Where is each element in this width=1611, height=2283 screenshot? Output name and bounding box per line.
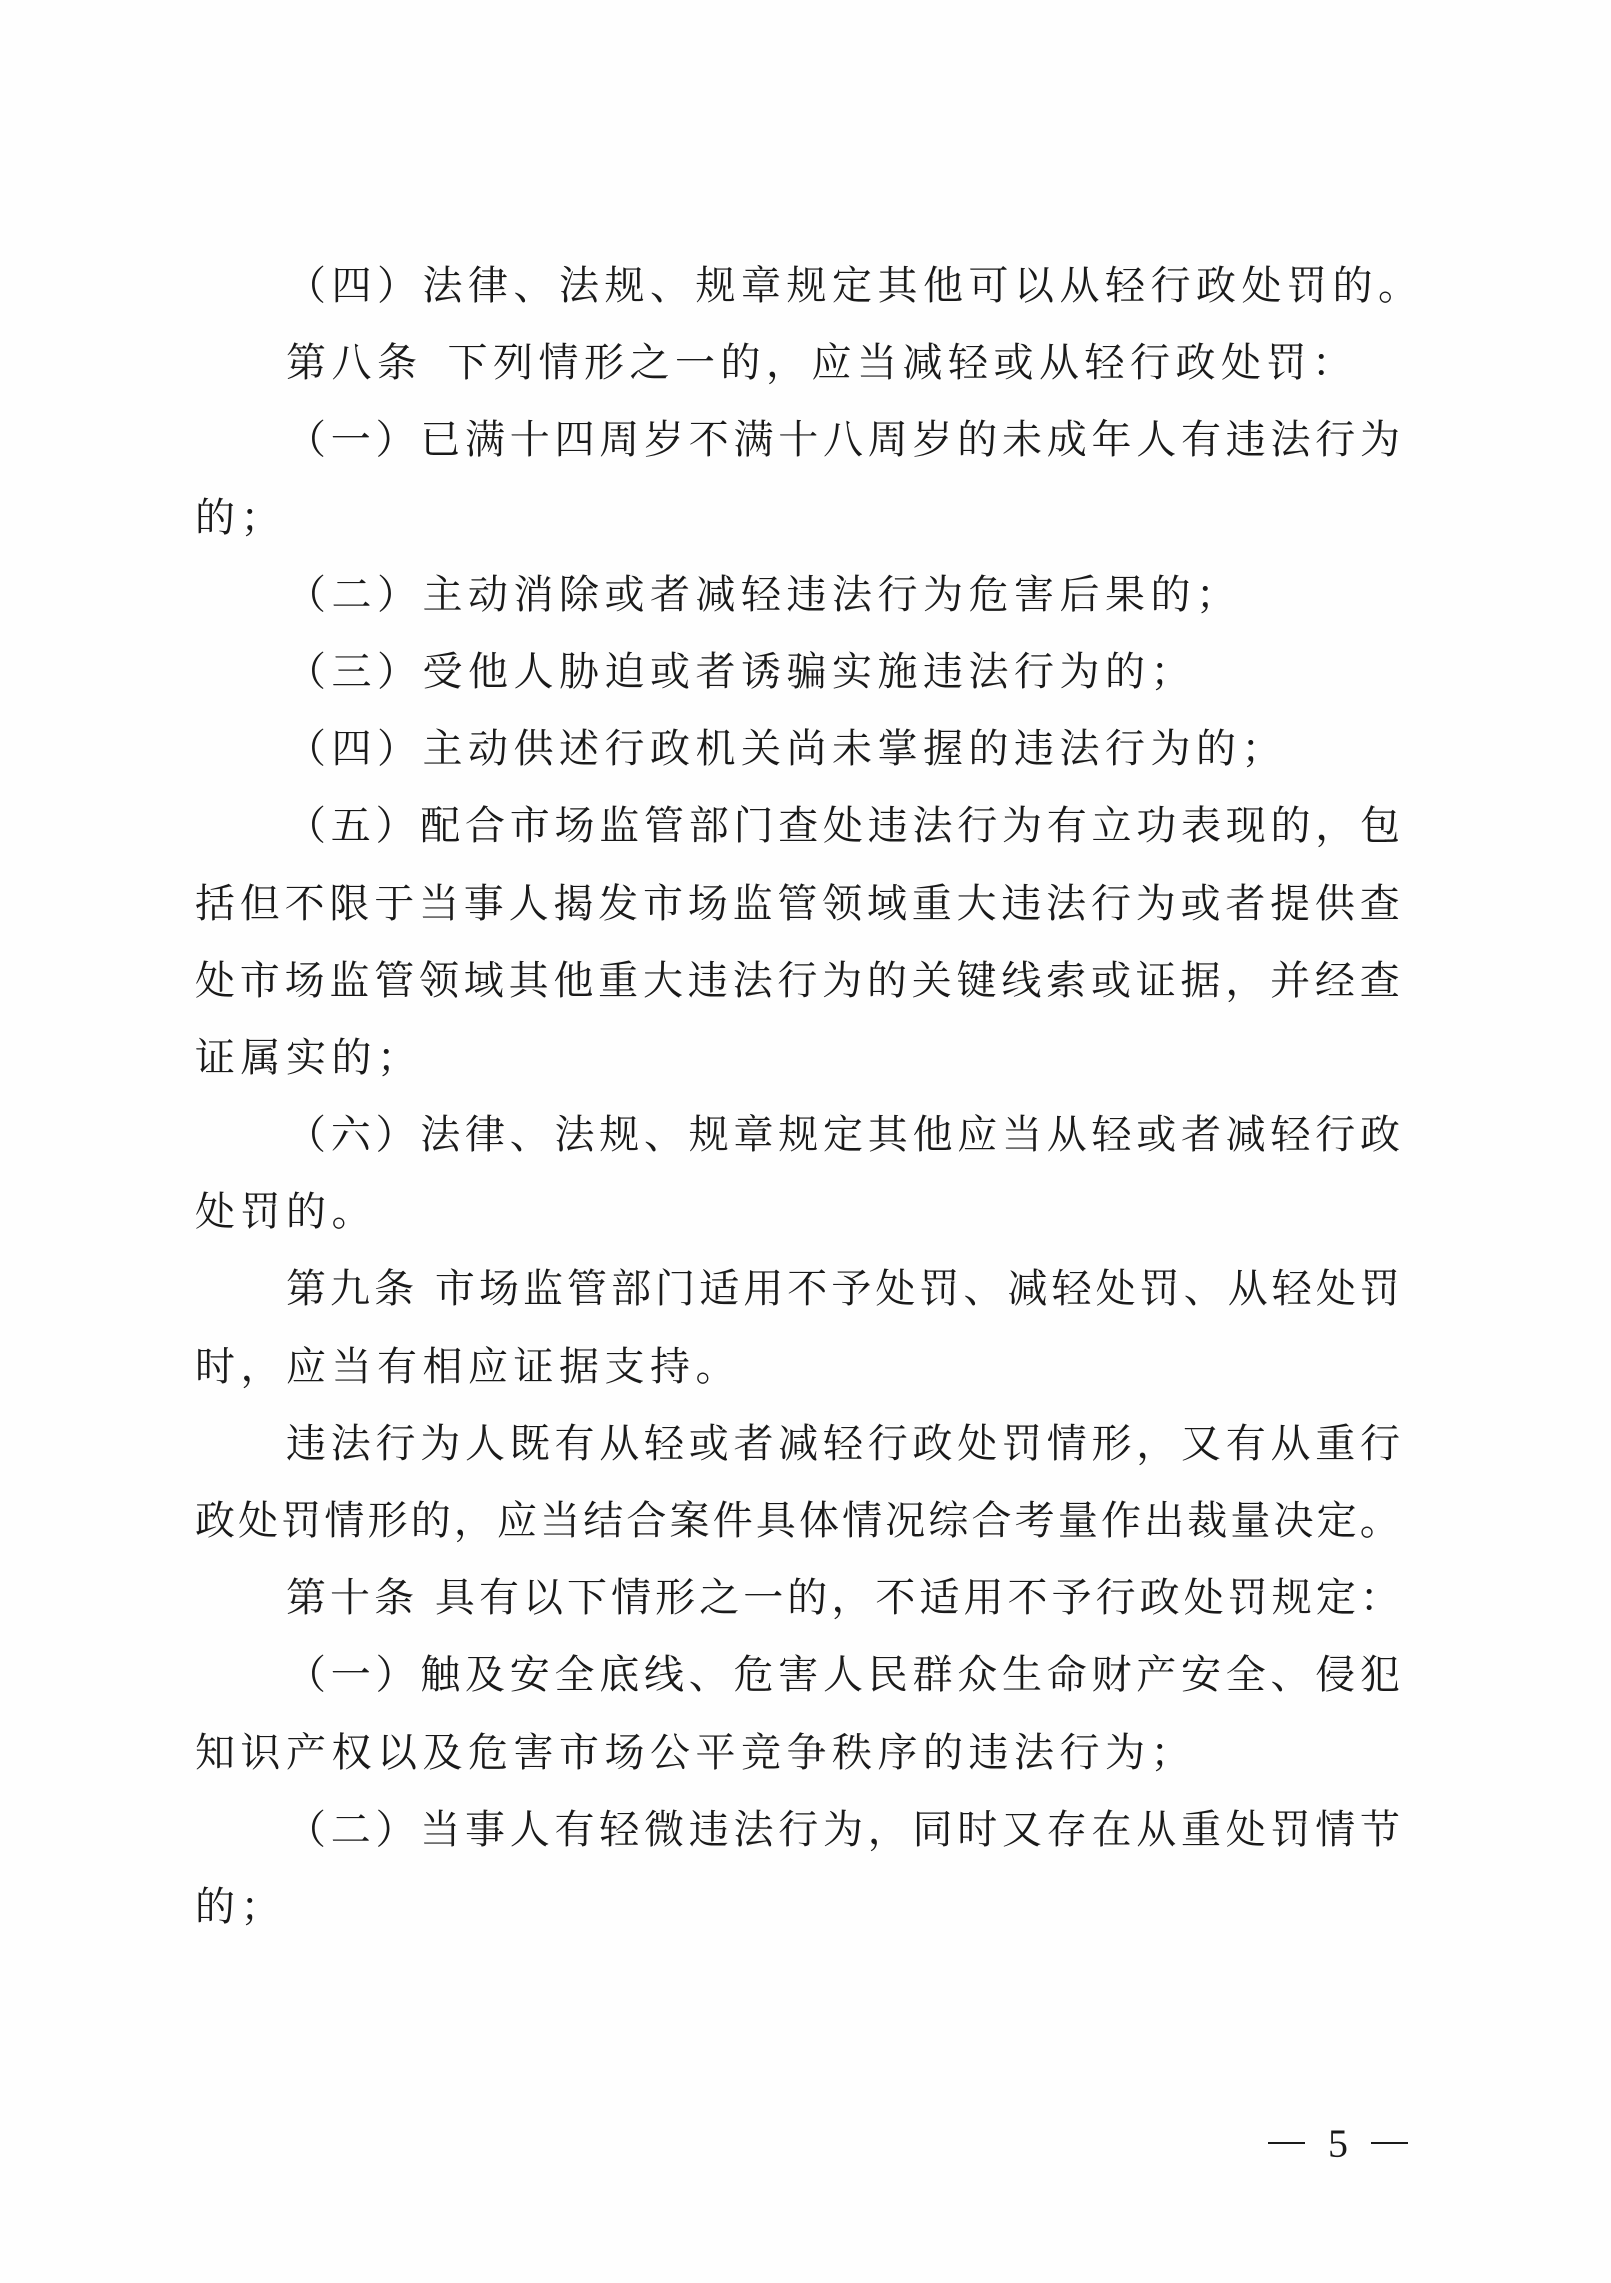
article-10-heading: 第十条 具有以下情形之一的，不适用不予行政处罚规定： (195, 1570, 1400, 1647)
article-9: 第九条 市场监管部门适用不予处罚、减轻处罚、从轻处罚 (195, 1261, 1400, 1338)
list-item-4-lighter-penalty: （四）法律、法规、规章规定其他可以从轻行政处罚的。 (195, 258, 1400, 335)
article-9-cont: 时，应当有相应证据支持。 (195, 1339, 1400, 1416)
article-8-item-5-cont-1: 括但不限于当事人揭发市场监管领域重大违法行为或者提供查 (195, 876, 1400, 953)
article-8-item-6-cont: 处罚的。 (195, 1184, 1400, 1261)
page-number-dash-left (1268, 2142, 1305, 2144)
article-8-item-6: （六）法律、法规、规章规定其他应当从轻或者减轻行政 (195, 1107, 1400, 1184)
body-text: （四）法律、法规、规章规定其他可以从轻行政处罚的。 第八条 下列情形之一的，应当… (195, 258, 1400, 1956)
article-10-item-1: （一）触及安全底线、危害人民群众生命财产安全、侵犯 (195, 1647, 1400, 1724)
page-number-value: 5 (1328, 2120, 1348, 2167)
article-8-heading: 第八条 下列情形之一的，应当减轻或从轻行政处罚： (195, 335, 1400, 412)
article-8-item-2: （二）主动消除或者减轻违法行为危害后果的； (195, 567, 1400, 644)
article-9-para-2-cont: 政处罚情形的，应当结合案件具体情况综合考量作出裁量决定。 (195, 1493, 1400, 1570)
article-8-item-5-cont-3: 证属实的； (195, 1030, 1400, 1107)
article-9-para-2: 违法行为人既有从轻或者减轻行政处罚情形，又有从重行 (195, 1416, 1400, 1493)
article-8-item-5: （五）配合市场监管部门查处违法行为有立功表现的，包 (195, 798, 1400, 875)
page-number: 5 (1268, 2118, 1408, 2168)
article-8-item-3: （三）受他人胁迫或者诱骗实施违法行为的； (195, 644, 1400, 721)
article-8-item-1-cont: 的； (195, 490, 1400, 567)
article-10-item-2-cont: 的； (195, 1879, 1400, 1956)
page-number-dash-right (1371, 2142, 1408, 2144)
article-8-item-1: （一）已满十四周岁不满十八周岁的未成年人有违法行为 (195, 412, 1400, 489)
article-10-item-1-cont: 知识产权以及危害市场公平竞争秩序的违法行为； (195, 1725, 1400, 1802)
article-10-item-2: （二）当事人有轻微违法行为，同时又存在从重处罚情节 (195, 1802, 1400, 1879)
article-8-item-4: （四）主动供述行政机关尚未掌握的违法行为的； (195, 721, 1400, 798)
document-page: （四）法律、法规、规章规定其他可以从轻行政处罚的。 第八条 下列情形之一的，应当… (0, 0, 1611, 2283)
article-8-item-5-cont-2: 处市场监管领域其他重大违法行为的关键线索或证据，并经查 (195, 953, 1400, 1030)
